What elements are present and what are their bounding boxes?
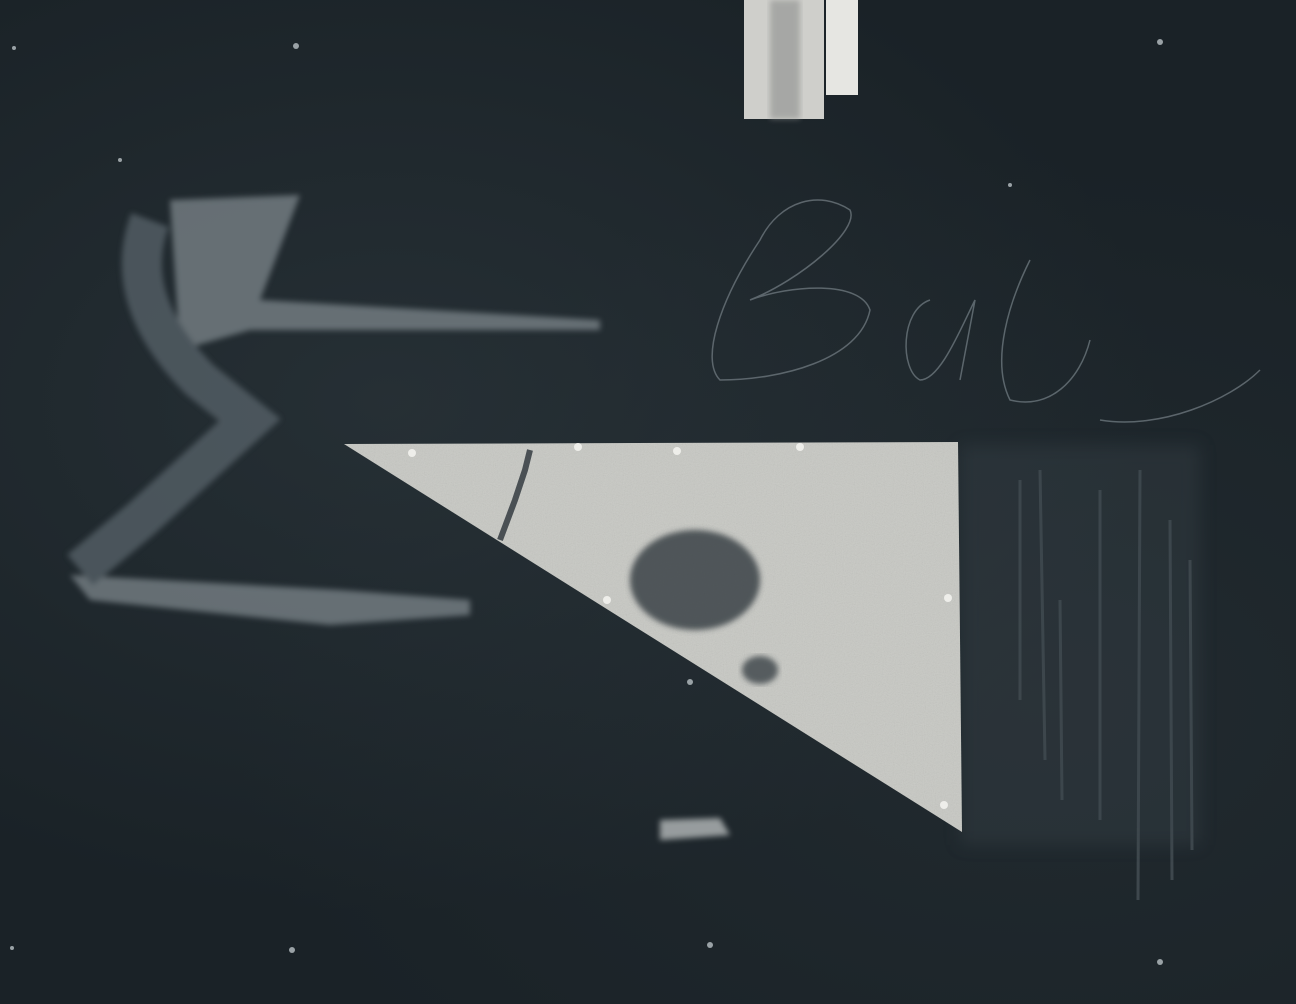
stain [630,530,760,630]
triangle-panel [344,442,962,832]
photo-scene [0,0,1296,1004]
shadow-panel [960,445,1200,845]
photograph [0,0,1296,1004]
scratched-lettering [712,200,1260,422]
wooden-strip [744,0,858,119]
